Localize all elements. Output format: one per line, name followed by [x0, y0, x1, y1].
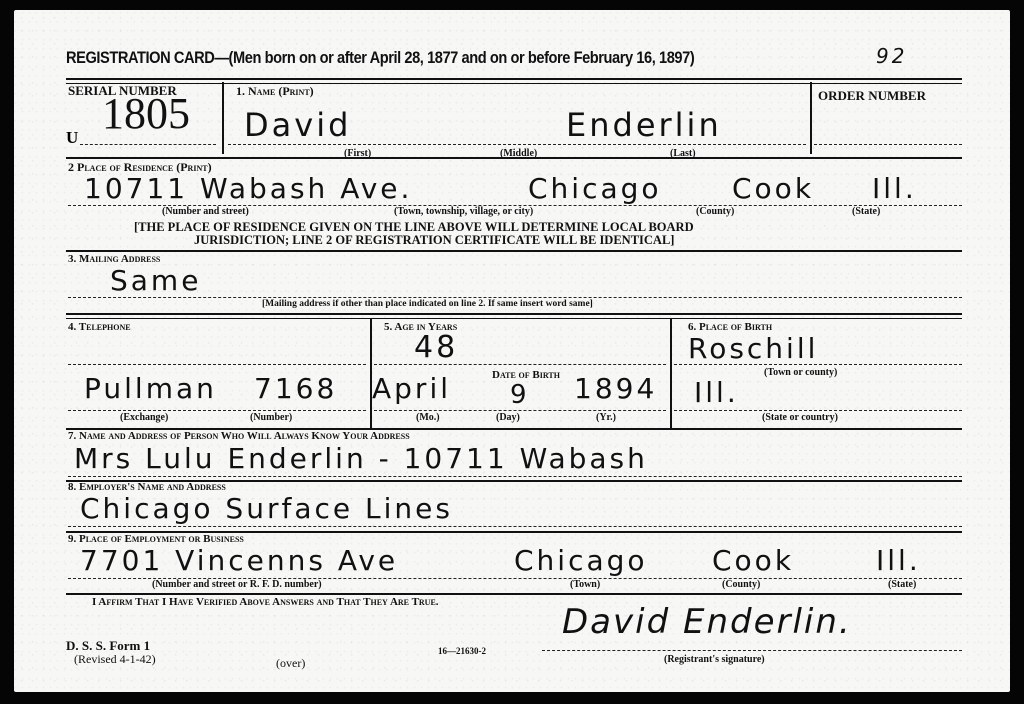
- contact-line: [68, 476, 962, 477]
- serial-prefix: U: [66, 128, 78, 148]
- card-title: REGISTRATION CARD—(Men born on or after …: [66, 48, 694, 68]
- age-line: [374, 364, 666, 365]
- exchange-caption: (Exchange): [120, 412, 168, 423]
- row1-rule: [66, 157, 962, 159]
- telephone-number-value[interactable]: 7168: [254, 372, 337, 405]
- employment-state-value[interactable]: Ill.: [876, 544, 921, 577]
- order-divider: [810, 82, 812, 154]
- residence-county-value[interactable]: Cook: [732, 172, 814, 205]
- town-caption: (Town, township, village, or city): [394, 206, 533, 217]
- birth-state-line: [674, 410, 962, 411]
- order-number-label: ORDER NUMBER: [818, 88, 926, 104]
- birth-state-caption: (State or country): [762, 412, 838, 423]
- signature-caption: (Registrant's signature): [664, 654, 765, 665]
- birth-day-value[interactable]: 9: [510, 380, 530, 410]
- contact-label: 7. Name and Address of Person Who Will A…: [68, 430, 410, 442]
- name-label: 1. Name (Print): [236, 84, 314, 99]
- birth-month-value[interactable]: April: [372, 372, 451, 405]
- telephone-label: 4. Telephone: [68, 321, 131, 333]
- order-number-line[interactable]: [814, 144, 962, 145]
- annotation-mark: 92: [876, 44, 907, 68]
- header-rule: [66, 78, 962, 84]
- serial-line: [80, 144, 216, 145]
- employment-street-value[interactable]: 7701 Vincenns Ave: [80, 544, 398, 577]
- print-code: 16—21630-2: [438, 646, 486, 656]
- street-caption: (Number and street): [162, 206, 249, 217]
- last-name-value[interactable]: Enderlin: [566, 106, 722, 144]
- contact-value[interactable]: Mrs Lulu Enderlin - 10711 Wabash: [74, 442, 648, 475]
- row3-rule: [66, 313, 962, 319]
- affirmation-text: I Affirm That I Have Verified Above Answ…: [92, 596, 439, 608]
- over-note: (over): [276, 656, 305, 671]
- residence-notice-line2: JURISDICTION; LINE 2 OF REGISTRATION CER…: [194, 233, 674, 248]
- telephone-upper-line: [68, 364, 366, 365]
- month-caption: (Mo.): [416, 412, 440, 423]
- row2-rule: [66, 250, 962, 252]
- employment-town-value[interactable]: Chicago: [514, 544, 648, 577]
- signature-line: [542, 650, 962, 651]
- state-caption: (State): [852, 206, 880, 217]
- birth-town-line: [674, 364, 962, 365]
- residence-state-value[interactable]: Ill.: [872, 172, 917, 205]
- telephone-exchange-value[interactable]: Pullman: [84, 372, 217, 405]
- age-value[interactable]: 48: [414, 330, 458, 365]
- age-divider: [670, 318, 672, 428]
- employment-county-caption: (County): [722, 579, 760, 590]
- serial-number-value[interactable]: 1805: [102, 92, 190, 136]
- residence-street-value[interactable]: 10711 Wabash Ave.: [84, 172, 412, 205]
- first-name-value[interactable]: David: [244, 106, 351, 144]
- employment-state-caption: (State): [888, 579, 916, 590]
- registrant-signature[interactable]: David Enderlin.: [562, 602, 852, 642]
- residence-town-value[interactable]: Chicago: [528, 172, 662, 205]
- serial-divider: [222, 82, 224, 154]
- telephone-line: [68, 410, 366, 411]
- mailing-caption: [Mailing address if other than place ind…: [262, 299, 593, 309]
- county-caption: (County): [696, 206, 734, 217]
- employer-line: [68, 526, 962, 527]
- mailing-address-value[interactable]: Same: [110, 264, 201, 297]
- number-caption: (Number): [250, 412, 292, 423]
- birth-state-value[interactable]: Ill.: [694, 376, 739, 409]
- employer-value[interactable]: Chicago Surface Lines: [80, 492, 453, 525]
- year-caption: (Yr.): [596, 412, 616, 423]
- day-caption: (Day): [496, 412, 520, 423]
- employment-street-caption: (Number and street or R. F. D. number): [152, 579, 322, 590]
- birth-town-caption: (Town or county): [764, 367, 837, 378]
- birth-date-line: [374, 410, 666, 411]
- name-line: [228, 144, 806, 145]
- form-revision: (Revised 4-1-42): [74, 652, 156, 667]
- mailing-line: [68, 297, 962, 298]
- row9-rule: [66, 593, 962, 595]
- employment-county-value[interactable]: Cook: [712, 544, 794, 577]
- employment-town-caption: (Town): [570, 579, 600, 590]
- registration-card: REGISTRATION CARD—(Men born on or after …: [14, 10, 1010, 692]
- birth-town-value[interactable]: Roschill: [688, 332, 818, 365]
- birth-year-value[interactable]: 1894: [574, 372, 657, 405]
